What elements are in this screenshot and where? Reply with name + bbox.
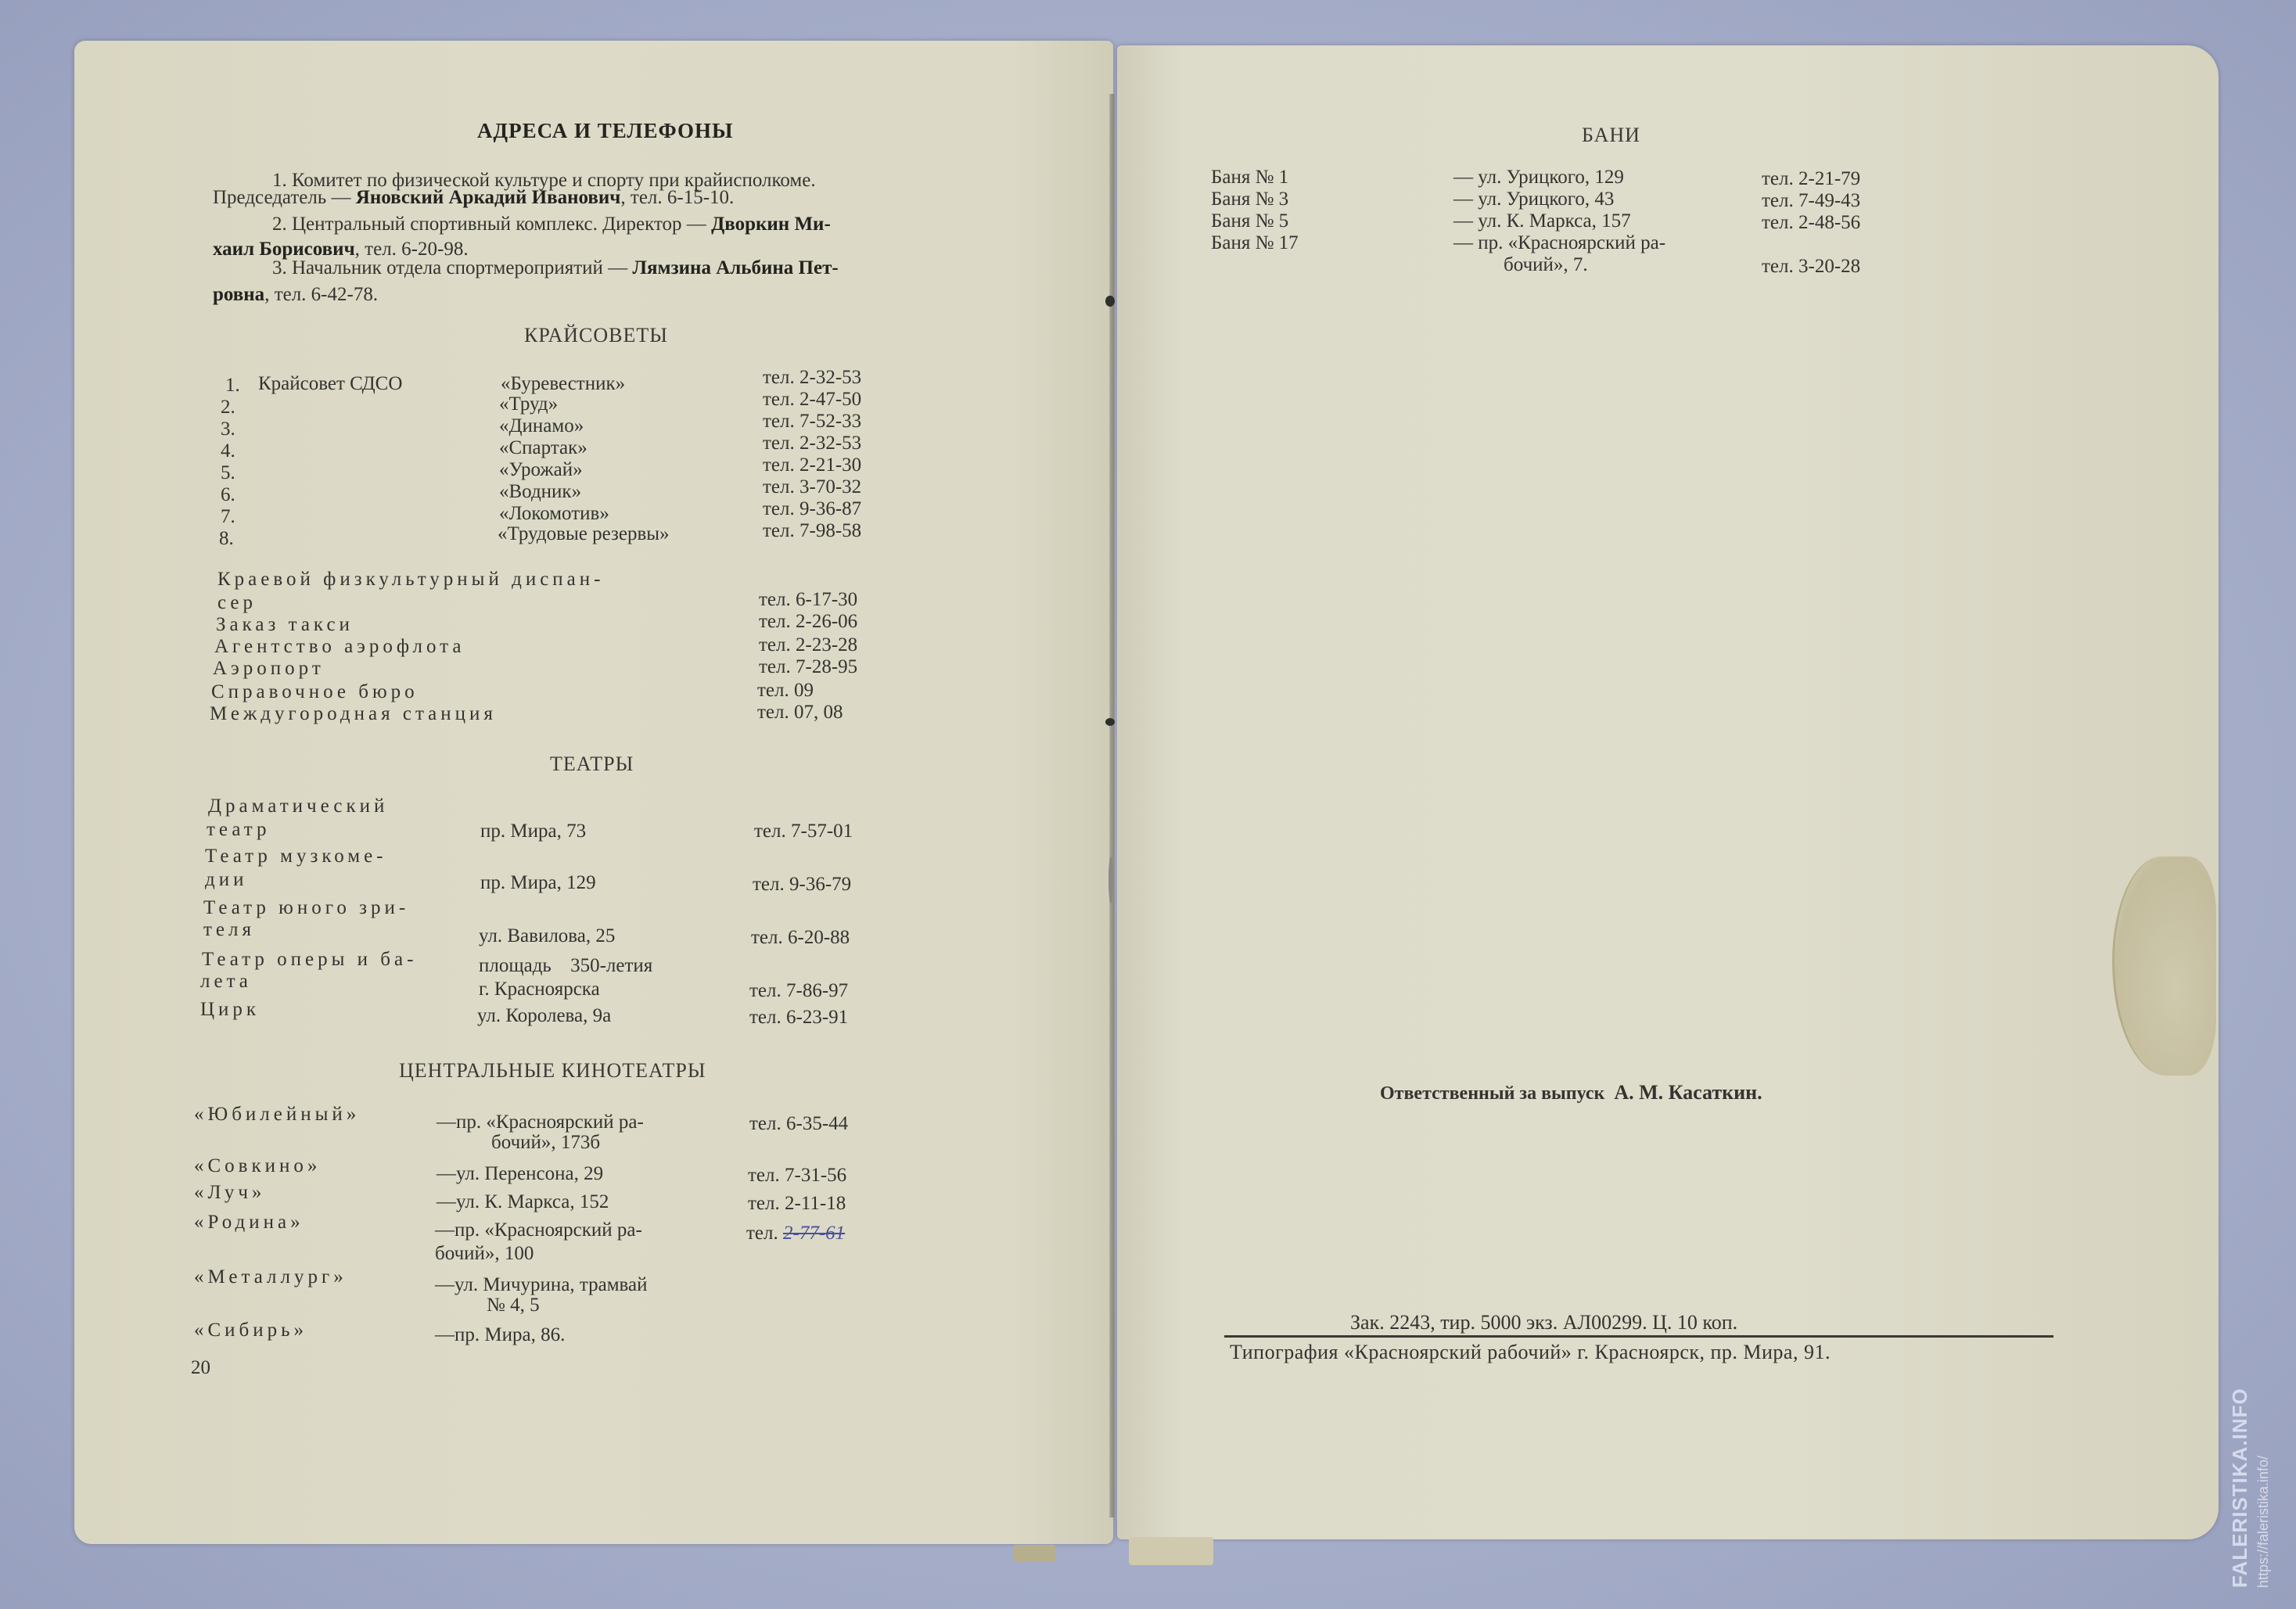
spine-fold [1109, 94, 1116, 1517]
row-number: 2. [221, 397, 235, 417]
row-number: 6. [221, 485, 235, 505]
staple [1105, 718, 1115, 726]
phone: тел. 6-17-30 [759, 590, 857, 609]
row-number: 3. [221, 419, 235, 439]
phone: тел. 2-11-18 [748, 1194, 846, 1213]
cinema-name: «Совкино» [194, 1156, 321, 1176]
phone: тел. 2-23-28 [759, 635, 857, 655]
phone: тел. 9-36-79 [753, 875, 851, 894]
theatre-address: площадь 350-летия [479, 956, 652, 975]
service-name: Заказ такси [216, 615, 354, 634]
theatre-address: пр. Мира, 129 [480, 873, 596, 892]
phone: тел. 3-70-32 [763, 477, 861, 497]
head-name: ровна [213, 284, 264, 305]
theatre-address: ул. Королева, 9а [477, 1006, 611, 1025]
bath-address: бочий», 7. [1504, 255, 1588, 275]
responsible-line: Ответственный за выпуск А. М. Касаткин. [1380, 1083, 1762, 1103]
cinema-address: —пр. Мира, 86. [435, 1325, 565, 1345]
bath-name: Баня № 3 [1211, 189, 1288, 209]
cinema-address: —пр. «Красноярский ра- [435, 1220, 642, 1240]
phone: тел. 7-49-43 [1762, 191, 1860, 210]
bath-address: — ул. Урицкого, 43 [1453, 189, 1614, 209]
service-name: Аэропорт [213, 659, 325, 678]
section-heading-kraisovety: КРАЙСОВЕТЫ [524, 324, 668, 347]
service-name: Краевой физкультурный диспан- [217, 569, 604, 589]
staple [1108, 857, 1113, 903]
page-title: АДРЕСА И ТЕЛЕФОНЫ [477, 119, 734, 143]
cinema-name: «Родина» [194, 1212, 304, 1232]
row-number: 5. [221, 463, 235, 483]
service-name: Агентство аэрофлота [214, 637, 465, 656]
row-number: 1. [225, 375, 240, 395]
cinema-address: —ул. Мичурина, трамвай [435, 1275, 648, 1295]
org-name: Крайсовет СДСО [258, 374, 402, 393]
phone: тел. 2-21-30 [763, 455, 861, 475]
theatre-name: Цирк [200, 1000, 260, 1019]
phone: тел. 2-32-53 [763, 368, 861, 387]
cinema-address: —ул. Перенсона, 29 [437, 1164, 603, 1183]
phone: тел. 09 [757, 681, 814, 700]
phone: тел. 9-36-87 [763, 499, 861, 519]
bath-name: Баня № 17 [1211, 233, 1299, 253]
phone: тел. 2-26-06 [759, 612, 857, 631]
society-name: «Трудовые резервы» [498, 524, 670, 544]
theatre-name: Театр юного зри- [203, 898, 409, 918]
page-number: 20 [191, 1358, 210, 1377]
theatre-address: пр. Мира, 73 [480, 821, 586, 841]
intro-line: ровна, тел. 6-42-78. [213, 285, 378, 304]
section-heading-baths: БАНИ [1582, 124, 1640, 147]
intro-line: 3. Начальник отдела спортмероприятий — Л… [272, 258, 839, 278]
section-heading-theatres: ТЕАТРЫ [550, 752, 634, 776]
chairman-name: Яновский Аркадий Иванович [356, 187, 621, 208]
theatre-name: Драматический [208, 796, 388, 816]
cinema-name: «Сибирь» [194, 1320, 307, 1340]
phone: тел. 7-57-01 [754, 821, 853, 841]
director-name: хаил Борисович [213, 239, 355, 260]
crossed-out-phone: 2-77-61 [783, 1223, 845, 1244]
bath-name: Баня № 5 [1211, 211, 1288, 231]
responsible-name: А. М. Касаткин. [1614, 1081, 1762, 1104]
society-name: «Спартак» [499, 438, 587, 458]
row-number: 7. [221, 507, 235, 526]
theatre-name: Театр оперы и ба- [202, 950, 417, 969]
theatre-name: дии [205, 870, 247, 889]
phone: тел. 7-86-97 [749, 981, 848, 1000]
society-name: «Водник» [499, 482, 581, 501]
theatre-address: г. Красноярска [479, 979, 600, 999]
cinema-address: —пр. «Красноярский ра- [437, 1112, 644, 1132]
society-name: «Урожай» [499, 460, 583, 479]
phone: тел. 2-48-56 [1762, 213, 1860, 232]
row-number: 4. [221, 441, 235, 461]
paper-tab [1129, 1537, 1213, 1565]
society-name: «Буревестник» [501, 374, 625, 393]
service-name: сер [217, 593, 257, 612]
water-stain [2112, 857, 2216, 1076]
imprint-order: Зак. 2243, тир. 5000 экз. АЛ00299. Ц. 10… [1350, 1313, 1737, 1333]
cinema-address: № 4, 5 [487, 1295, 540, 1315]
phone: тел. 6-35-44 [749, 1114, 848, 1133]
phone: тел. 07, 08 [757, 702, 843, 722]
cinema-name: «Луч» [194, 1183, 265, 1202]
cinema-address: бочий», 100 [435, 1244, 534, 1263]
paper-tab [1013, 1545, 1056, 1562]
staple [1105, 296, 1115, 307]
service-name: Справочное бюро [211, 682, 419, 702]
bath-address: — пр. «Красноярский ра- [1453, 233, 1665, 253]
phone: тел. 6-20-88 [751, 928, 850, 947]
bath-address: — ул. К. Маркса, 157 [1453, 211, 1631, 231]
imprint-printer: Типография «Красноярский рабочий» г. Кра… [1230, 1342, 1831, 1363]
phone: тел. 2-47-50 [763, 390, 861, 409]
watermark-url: https://faleristika.info/ [2255, 1456, 2272, 1588]
theatre-name: теля [203, 920, 255, 939]
phone: тел. 6-23-91 [749, 1007, 848, 1027]
phone: тел. 7-52-33 [763, 411, 861, 431]
service-name: Междугородная станция [210, 704, 497, 724]
cinema-name: «Юбилейный» [194, 1104, 360, 1124]
society-name: «Динамо» [499, 416, 584, 436]
society-name: «Труд» [499, 394, 558, 414]
cinema-name: «Металлург» [194, 1267, 347, 1287]
intro-line: Председатель — Яновский Аркадий Иванович… [213, 188, 734, 207]
phone: тел. 7-28-95 [759, 657, 857, 677]
society-name: «Локомотив» [499, 504, 609, 523]
watermark-brand: FALERISTIKA.INFO [2228, 1388, 2252, 1588]
phone: тел. 3-20-28 [1762, 257, 1860, 276]
intro-line: хаил Борисович, тел. 6-20-98. [213, 239, 469, 259]
intro-line: 2. Центральный спортивный комплекс. Дире… [272, 214, 831, 234]
imprint-divider [1224, 1335, 2053, 1338]
bath-name: Баня № 1 [1211, 167, 1288, 187]
bath-address: — ул. Урицкого, 129 [1453, 167, 1624, 187]
cinema-address: бочий», 173б [491, 1133, 600, 1152]
theatre-name: Театр музкоме- [205, 846, 387, 866]
phone: тел. 2-21-79 [1762, 169, 1860, 189]
row-number: 8. [219, 529, 234, 548]
section-heading-cinemas: ЦЕНТРАЛЬНЫЕ КИНОТЕАТРЫ [399, 1059, 706, 1083]
phone: тел. 2-32-53 [763, 433, 861, 453]
theatre-name: театр [207, 820, 271, 839]
theatre-name: лета [200, 972, 252, 991]
phone: тел. 7-31-56 [748, 1165, 846, 1185]
phone: тел. 7-98-58 [763, 521, 861, 541]
phone: тел. 2-77-61 [746, 1223, 845, 1243]
cinema-address: —ул. К. Маркса, 152 [437, 1192, 609, 1212]
theatre-address: ул. Вавилова, 25 [479, 926, 615, 946]
